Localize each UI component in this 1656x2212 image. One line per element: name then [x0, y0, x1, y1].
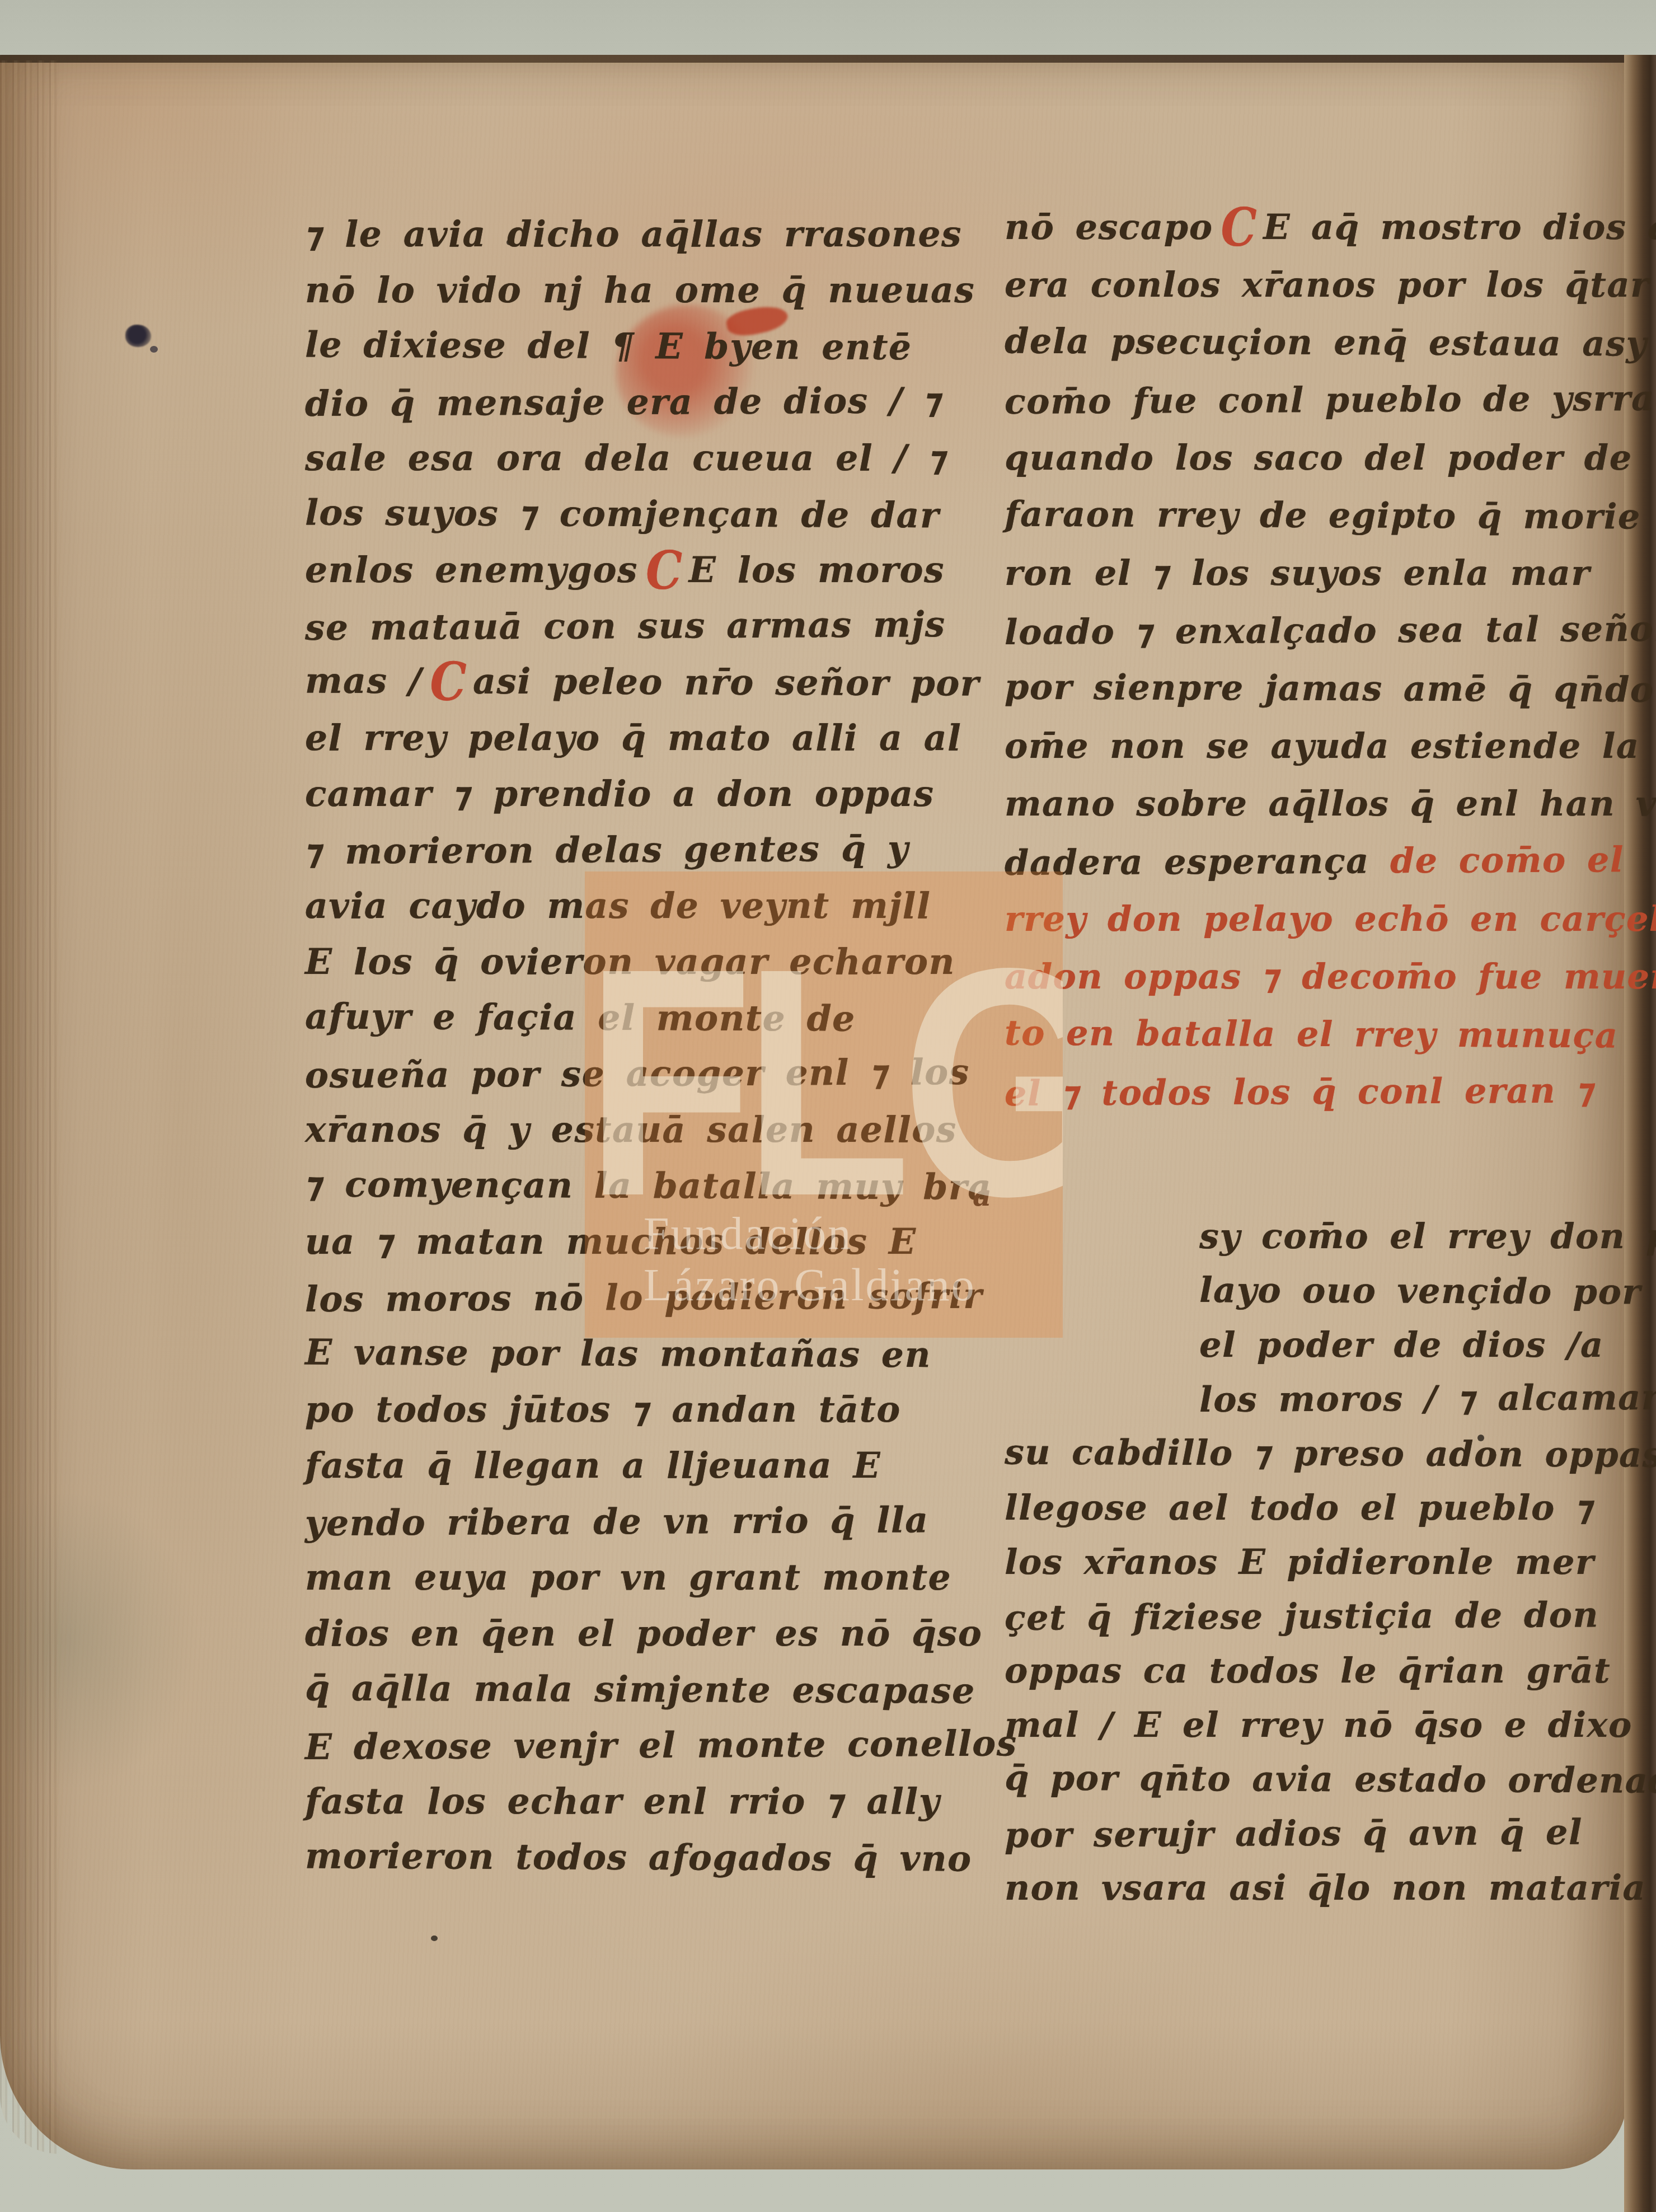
manuscript-line: quando los saco del poder de — [1005, 429, 1631, 486]
manuscript-line: fasta los echar enl rrio ⁊ ally — [305, 1773, 963, 1829]
ink-text: po todos jūtos ⁊ andan tāto — [305, 1389, 901, 1430]
manuscript-line: ⁊ comyençan la batalla muy bra — [305, 1156, 963, 1215]
manuscript-line: le dixiese del ¶ E byen entē — [305, 316, 963, 375]
ink-text: E los moros — [689, 549, 945, 591]
ink-dot — [150, 346, 158, 353]
margin-guide-letter: a — [973, 1179, 992, 1213]
page-gutter-fibers — [0, 60, 58, 2154]
manuscript-line: E los q̄ ovieron vagar echaron — [305, 934, 963, 990]
ink-text: ⁊ comyençan la batalla muy bra — [305, 1163, 992, 1207]
manuscript-line: ⁊ le avia dicho aq̄llas rrasones — [305, 206, 963, 262]
rubric-text: to en batalla el rrey munuça — [1005, 1013, 1619, 1056]
manuscript-line: non vsara asi q̄lo non mataria / — [1005, 1860, 1631, 1915]
ink-text: los moros nō lo podieron sofrir — [305, 1275, 983, 1320]
ink-text: enlos enemygos — [305, 549, 638, 591]
ink-text: mas / — [305, 659, 423, 701]
ink-text: loado ⁊ enxalçado sea tal señor — [1005, 608, 1656, 653]
manuscript-line: osueña por se acoger enl ⁊ los — [305, 1044, 963, 1103]
manuscript-line: to en batalla el rrey munuça — [1005, 1004, 1631, 1065]
ink-text: los xr̄anos E pidieronle mer — [1005, 1541, 1594, 1582]
ink-text: faraon rrey de egipto q̄ morie — [1005, 494, 1641, 537]
manuscript-line: E vanse por las montañas en — [305, 1324, 963, 1382]
ink-text: era conlos xr̄anos por los q̄tar — [1005, 264, 1649, 305]
manuscript-line: ua ⁊ matan muchos dellos E — [305, 1213, 963, 1269]
ink-text: ron el ⁊ los suyos enla mar — [1005, 552, 1591, 593]
manuscript-line: era conlos xr̄anos por los q̄tar — [1005, 256, 1631, 313]
manuscript-line: por serujr adios q̄ avn q̄ el — [1005, 1805, 1631, 1862]
ink-text: non vsara asi q̄lo non mataria / — [1005, 1867, 1656, 1908]
manuscript-line: dela psecuçion enq̄ estaua asy — [1005, 312, 1631, 373]
manuscript-line: dios en q̄en el poder es nō q̄so — [305, 1605, 963, 1661]
rubric-text: rrey don pelayo echō en carçel — [1005, 898, 1656, 939]
ink-text: sy com̄o el rrey don pe — [1199, 1216, 1656, 1257]
manuscript-line: loado ⁊ enxalçado sea tal señor — [1005, 600, 1632, 661]
manuscript-line: los xr̄anos E pidieronle mer — [1005, 1535, 1631, 1589]
ink-text: osueña por se acoger enl ⁊ los — [305, 1051, 970, 1096]
ink-text: ua ⁊ matan muchos dellos E — [305, 1221, 916, 1262]
manuscript-line: camar ⁊ prendio a don oppas — [305, 766, 963, 822]
ink-text: camar ⁊ prendio a don oppas — [305, 773, 935, 814]
manuscript-line: nō lo vido nj ha ome q̄ nueuas — [305, 262, 963, 318]
ink-text: los moros / ⁊ alcamar — [1199, 1377, 1656, 1420]
rubric-text: el ⁊ todos los q̄ conl eran ⁊ — [1005, 1070, 1596, 1114]
ink-text: yendo ribera de vn rrio q̄ lla — [305, 1499, 929, 1544]
ink-text: avia caydo mas de veynt mjll — [305, 885, 931, 926]
manuscript-line: sy com̄o el rrey don pe — [1005, 1209, 1631, 1263]
ink-text: por sienpre jamas amē q̄ qn̄do — [1005, 667, 1654, 710]
manuscript-page: ⁊ le avia dicho aq̄llas rrasonesnō lo vi… — [0, 55, 1627, 2169]
ink-text: por serujr adios q̄ avn q̄ el — [1005, 1812, 1583, 1855]
ink-blot — [125, 325, 151, 347]
paper-speck — [431, 1935, 438, 1941]
manuscript-line: layo ouo vençido por — [1005, 1262, 1631, 1319]
manuscript-line: dadera esperança de com̄o el — [1005, 831, 1632, 892]
ink-text: ⁊ le avia dicho aq̄llas rrasones — [305, 213, 962, 255]
manuscript-line: morieron todos afogados q̄ vno — [305, 1827, 963, 1886]
manuscript-line: avia caydo mas de veynt mjll — [305, 878, 963, 934]
right-text-column: nō escapoCE aq̄ mostro dios q̄era conlos… — [1005, 198, 1631, 1915]
manuscript-line: E dexose venjr el monte conellos — [305, 1716, 963, 1775]
ink-text: com̄o fue conl pueblo de ysrrael — [1005, 378, 1656, 422]
manuscript-line: mas /Casi peleo nr̄o señor por — [305, 652, 963, 711]
ink-text: su cabdillo ⁊ preso adon oppas — [1005, 1432, 1656, 1475]
ink-text: dela psecuçion enq̄ estaua asy — [1005, 321, 1647, 364]
ink-text: morieron todos afogados q̄ vno — [305, 1835, 972, 1879]
manuscript-line: om̄e non se ayuda estiende la — [1005, 717, 1631, 775]
manuscript-line: los moros nō lo podieron sofrir — [305, 1268, 963, 1327]
manuscript-line: yendo ribera de vn rrio q̄ lla — [305, 1492, 963, 1551]
ink-text: mal / E el rrey nō q̄so e dixo — [1005, 1704, 1632, 1745]
manuscript-line: nō escapoCE aq̄ mostro dios q̄ — [1005, 198, 1631, 256]
manuscript-line: los moros / ⁊ alcamar — [1005, 1370, 1631, 1428]
manuscript-line: el ⁊ todos los q̄ conl eran ⁊ — [1005, 1061, 1632, 1122]
ink-text: asi peleo nr̄o señor por — [473, 660, 980, 704]
manuscript-line: faraon rrey de egipto q̄ morie — [1005, 485, 1631, 546]
page-top-edge — [0, 55, 1627, 63]
manuscript-line: q̄ por qn̄to avia estado ordenado — [1005, 1751, 1631, 1808]
ink-text: el poder de dios /a — [1199, 1324, 1604, 1365]
manuscript-line: sale esa ora dela cueua el / ⁊ — [305, 430, 963, 486]
manuscript-line: enlos enemygosCE los moros — [305, 542, 963, 598]
rubric-text: adon oppas ⁊ decom̄o fue muer — [1005, 956, 1656, 997]
ink-text: fasta q̄ llegan a lljeuana E — [305, 1445, 881, 1486]
ink-text: los suyos ⁊ comjençan de dar — [305, 491, 940, 536]
ink-text: el rrey pelayo q̄ mato alli a al — [305, 717, 961, 758]
manuscript-line: ⁊ morieron delas gentes q̄ y — [305, 820, 963, 879]
manuscript-line: dio q̄ mensaje era de dios / ⁊ — [305, 372, 963, 432]
ink-text: çet q̄ fiziese justiçia de don — [1005, 1594, 1599, 1638]
ink-text: mano sobre aq̄llos q̄ enl han ver — [1005, 783, 1656, 824]
left-text-column: ⁊ le avia dicho aq̄llas rrasonesnō lo vi… — [305, 206, 963, 1885]
manuscript-line: po todos jūtos ⁊ andan tāto — [305, 1381, 963, 1437]
rubric-text: de com̄o el — [1390, 839, 1624, 881]
ink-text: ⁊ morieron delas gentes q̄ y — [305, 827, 909, 872]
manuscript-line: por sienpre jamas amē q̄ qn̄do — [1005, 658, 1631, 719]
manuscript-line: llegose ael todo el pueblo ⁊ — [1005, 1480, 1631, 1535]
ink-text: se matauā con sus armas mjs — [305, 603, 946, 648]
manuscript-line: mal / E el rrey nō q̄so e dixo — [1005, 1698, 1631, 1752]
manuscript-line: rrey don pelayo echō en carçel — [1005, 890, 1631, 948]
manuscript-line: ron el ⁊ los suyos enla mar — [1005, 544, 1631, 602]
manuscript-line: los suyos ⁊ comjençan de dar — [305, 484, 963, 543]
ink-text: fasta los echar enl rrio ⁊ ally — [305, 1780, 940, 1822]
ink-text: oppas ca todos le q̄rian grāt — [1005, 1650, 1611, 1691]
manuscript-line: el poder de dios /a — [1005, 1318, 1631, 1372]
ink-text: man euya por vn grant monte — [305, 1557, 951, 1598]
ink-text: le dixiese del ¶ E byen entē — [305, 324, 912, 368]
ink-text: quando los saco del poder de — [1005, 437, 1632, 478]
manuscript-line: q̄ aq̄lla mala simjente escapase — [305, 1660, 963, 1718]
ink-text: E vanse por las montañas en — [305, 1331, 931, 1375]
ink-text: E los q̄ ovieron vagar echaron — [305, 941, 955, 982]
manuscript-line: xr̄anos q̄ y estauā salen aellos — [305, 1102, 963, 1157]
ink-text: E aq̄ mostro dios q̄ — [1263, 207, 1656, 247]
ink-text: E dexose venjr el monte conellos — [305, 1722, 1017, 1768]
manuscript-line: çet q̄ fiziese justiçia de don — [1005, 1587, 1631, 1645]
ink-text: nō lo vido nj ha ome q̄ nueuas — [305, 269, 975, 311]
ink-text: q̄ aq̄lla mala simjente escapase — [305, 1667, 975, 1711]
ink-text: dios en q̄en el poder es nō q̄so — [305, 1613, 982, 1654]
manuscript-line: com̄o fue conl pueblo de ysrrael — [1005, 369, 1632, 430]
manuscript-line: se matauā con sus armas mjs — [305, 596, 963, 655]
ink-text: llegose ael todo el pueblo ⁊ — [1005, 1487, 1594, 1528]
ink-text: afuyr e façia el monte de — [305, 995, 856, 1039]
manuscript-line: fasta q̄ llegan a lljeuana E — [305, 1437, 963, 1493]
manuscript-scan: ⁊ le avia dicho aq̄llas rrasonesnō lo vi… — [0, 0, 1656, 2212]
manuscript-line: adon oppas ⁊ decom̄o fue muer — [1005, 948, 1631, 1005]
manuscript-line: su cabdillo ⁊ preso adon oppas — [1005, 1425, 1631, 1482]
manuscript-line: man euya por vn grant monte — [305, 1549, 963, 1605]
ink-text: sale esa ora dela cueua el / ⁊ — [305, 437, 947, 479]
ink-text: dadera esperança — [1005, 840, 1390, 883]
ink-text: nō escapo — [1005, 207, 1213, 247]
manuscript-line: afuyr e façia el monte de — [305, 988, 963, 1047]
ink-text: xr̄anos q̄ y estauā salen aellos — [305, 1109, 957, 1150]
ink-text: om̄e non se ayuda estiende la — [1005, 725, 1640, 766]
ink-text: dio q̄ mensaje era de dios / ⁊ — [305, 379, 943, 424]
manuscript-line: oppas ca todos le q̄rian grāt — [1005, 1643, 1631, 1698]
ink-text: q̄ por qn̄to avia estado ordenado — [1005, 1758, 1656, 1801]
manuscript-line: el rrey pelayo q̄ mato alli a al — [305, 710, 963, 766]
manuscript-line: mano sobre aq̄llos q̄ enl han ver — [1005, 775, 1631, 832]
ink-text: layo ouo vençido por — [1199, 1269, 1641, 1312]
